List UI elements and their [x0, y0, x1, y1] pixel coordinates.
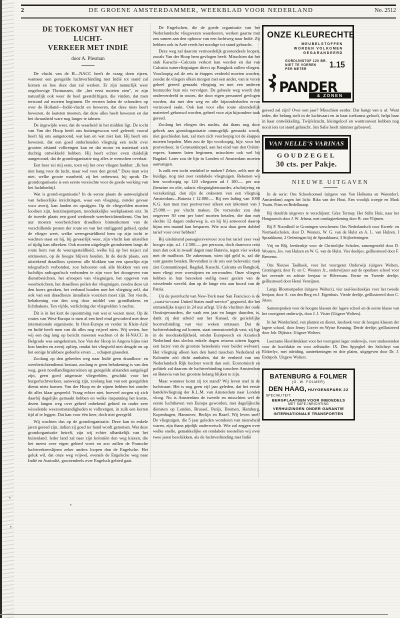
nieuwe-uitgaven-entries: In de serie: Ons Schooltooneel (uitgave … — [262, 192, 399, 360]
article-paragraph: Zoolang het vliegen des nachts, dat than… — [153, 122, 260, 167]
article-body-left: De vlucht van de H—NACC heeft de vraag d… — [28, 71, 148, 464]
page-header: 2 DE GROENE AMSTERDAMMER, WEEKBLAD VOOR … — [21, 7, 396, 15]
pander-offer: GORDIJNSTOF 120 BR. NIET TE VOEREN PER M… — [267, 60, 349, 72]
uitgaven-entry: Vrij en Blij, leesboekje voor de Christe… — [262, 244, 399, 260]
pander-ad: ONZE KLEURECHTE MEUBELSTOFFEN WORDEN VOL… — [262, 25, 354, 103]
newspaper-page: 2 DE GROENE AMSTERDAMMER, WEEKBLAD VOOR … — [0, 0, 400, 618]
van-nelle-product: GOUDZEGEL — [265, 151, 348, 159]
article-paragraph: De Engelschen, die de goede organisatie … — [153, 25, 260, 47]
page-number: 2 — [21, 7, 51, 15]
article-paragraph: gereed zal zijn? Over een jaar? Misschie… — [262, 108, 399, 130]
pander-offer-text: GORDIJNSTOF 120 BR. NIET TE VOEREN PER M… — [285, 60, 327, 72]
article-paragraph: Dit is in het kort de opsomming van wat … — [28, 310, 148, 355]
article-body-middle: De Engelschen, die de goede organisatie … — [153, 25, 260, 440]
pander-brand-wordmark: PANDER — [279, 81, 337, 96]
batenburg-street: HUYGENSPARK 22 — [308, 387, 349, 392]
article-paragraph: Zoolang op den geheelen weg naar Indië g… — [28, 356, 148, 418]
right-column: ONZE KLEURECHTE MEUBELSTOFFEN WORDEN VOL… — [262, 25, 399, 420]
nieuwe-uitgaven-divider — [324, 187, 338, 188]
page-content: 2 DE GROENE AMSTERDAMMER, WEEKBLAD VOOR … — [0, 0, 400, 618]
article-title-line1: DE TOEKOMST VAN HET LUCHT- — [28, 25, 148, 44]
batenburg-service-4: INTERNATIONALE TRANSPORTEN — [266, 411, 351, 416]
nieuwe-uitgaven-heading: NIEUWE UITGAVEN — [262, 179, 399, 185]
pander-ad-subtext: MEUBELSTOFFEN WORDEN VOLKOMEN GEGARANDEE… — [267, 42, 349, 56]
article-body-right: gereed zal zijn? Over een jaar? Misschie… — [262, 108, 399, 130]
scan-dot-artifact — [10, 526, 12, 528]
uitgaven-entry: Langs Bloemenpaden (uitgave Wolters), vi… — [262, 287, 399, 303]
header-rule-bottom — [21, 18, 396, 19]
article-paragraph: Een boer zei mij eens, toen wij het over… — [28, 163, 148, 191]
article-byline: door A. Plesman — [28, 56, 148, 62]
pander-sub-line3: GEGARANDEERD — [267, 51, 343, 56]
uitgaven-entry: Leerzame Hoofdstukken voor het voortgeze… — [262, 339, 399, 360]
article-paragraph: Uit de postvlucht van New-York naar San … — [153, 293, 260, 377]
van-nelle-brand-bar: VAN NELLE'S VARINAS — [265, 138, 348, 150]
uitgaven-entry: Samenspraken voor de hoogste klassen der… — [262, 306, 399, 317]
article-paragraph: Maar wanneer komt zij tot stand? Wij lev… — [153, 378, 260, 440]
article-title: DE TOEKOMST VAN HET LUCHT- VERKEER MET I… — [28, 25, 148, 53]
batenburg-ad: BATENBURG & FOLMER (G. W. FOLMER) DEN HA… — [262, 368, 355, 420]
article-paragraph: Wij wachten dus op de grondorganisatie. … — [28, 419, 148, 464]
van-nelle-ad: VAN NELLE'S VARINAS GOUDZEGEL 30 cts. pe… — [262, 135, 351, 174]
batenburg-name: BATENBURG & FOLMER — [266, 373, 351, 380]
middle-column: De Engelschen, die de goede organisatie … — [153, 25, 260, 441]
byline-divider — [82, 65, 95, 66]
scan-dot-artifact — [9, 497, 11, 499]
pander-logo: PANDER — [267, 73, 349, 96]
article-paragraph: De ingewijde weet, dat de waarheid in he… — [28, 122, 148, 161]
article-paragraph: Wat is grond-organisatie? In de eerste p… — [28, 192, 148, 310]
nieuwe-uitgaven-section: NIEUWE UITGAVEN In de serie: Ons Schoolt… — [262, 179, 399, 360]
uitgaven-entry: In het Wonderland, van planten en dieren… — [262, 320, 399, 336]
batenburg-owner: (G. W. FOLMER) — [266, 380, 351, 384]
article-paragraph: Is zulk een tocht rendabel te maken? Zek… — [153, 168, 260, 235]
issue-number: No. 2512 — [351, 8, 396, 14]
uitgaven-entry: Ons Nieuwe Taalboek, voor het voortgezet… — [262, 263, 399, 284]
van-nelle-price: 30 cts. per Pakje. — [265, 160, 348, 169]
scan-speckle-artifact — [2, 0, 14, 618]
uitgaven-entry: Bij P. Noordhoff te Groningen verschenen… — [262, 225, 399, 241]
pander-price: 1.15 — [329, 61, 345, 70]
uitgaven-entry: In de serie: Ons Schooltooneel (uitgave … — [262, 192, 399, 208]
column-divider — [150, 23, 151, 478]
scan-dot-artifact — [70, 504, 72, 506]
pander-offer-line3: PER METER — [285, 68, 327, 72]
article-paragraph: Deze weg zal daarom vermoedelijk grooten… — [153, 48, 260, 121]
pander-ornament-icon — [267, 73, 279, 96]
pander-ad-headline: ONZE KLEURECHTE — [267, 30, 349, 40]
batenburg-address: DEN HAAG, HUYGENSPARK 22 — [266, 385, 351, 393]
left-column: DE TOEKOMST VAN HET LUCHT- VERKEER MET I… — [28, 25, 148, 465]
scan-bottom-edge-artifact — [0, 614, 388, 615]
masthead: DE GROENE AMSTERDAMMER, WEEKBLAD VOOR NE… — [51, 7, 351, 15]
article-paragraph: Bij uitsluitend passagiersvervoer zou he… — [153, 236, 260, 292]
batenburg-spec-label: SPECIALITEIT: — [266, 394, 351, 398]
article-paragraph: De vlucht van de H—NACC heeft de vraag d… — [28, 71, 148, 121]
batenburg-city: DEN HAAG, — [269, 385, 307, 393]
uitgaven-entry: Bij dezelfde uitgevers te verschijnen: G… — [262, 211, 399, 222]
article-title-line2: VERKEER MET INDIË — [28, 44, 148, 53]
